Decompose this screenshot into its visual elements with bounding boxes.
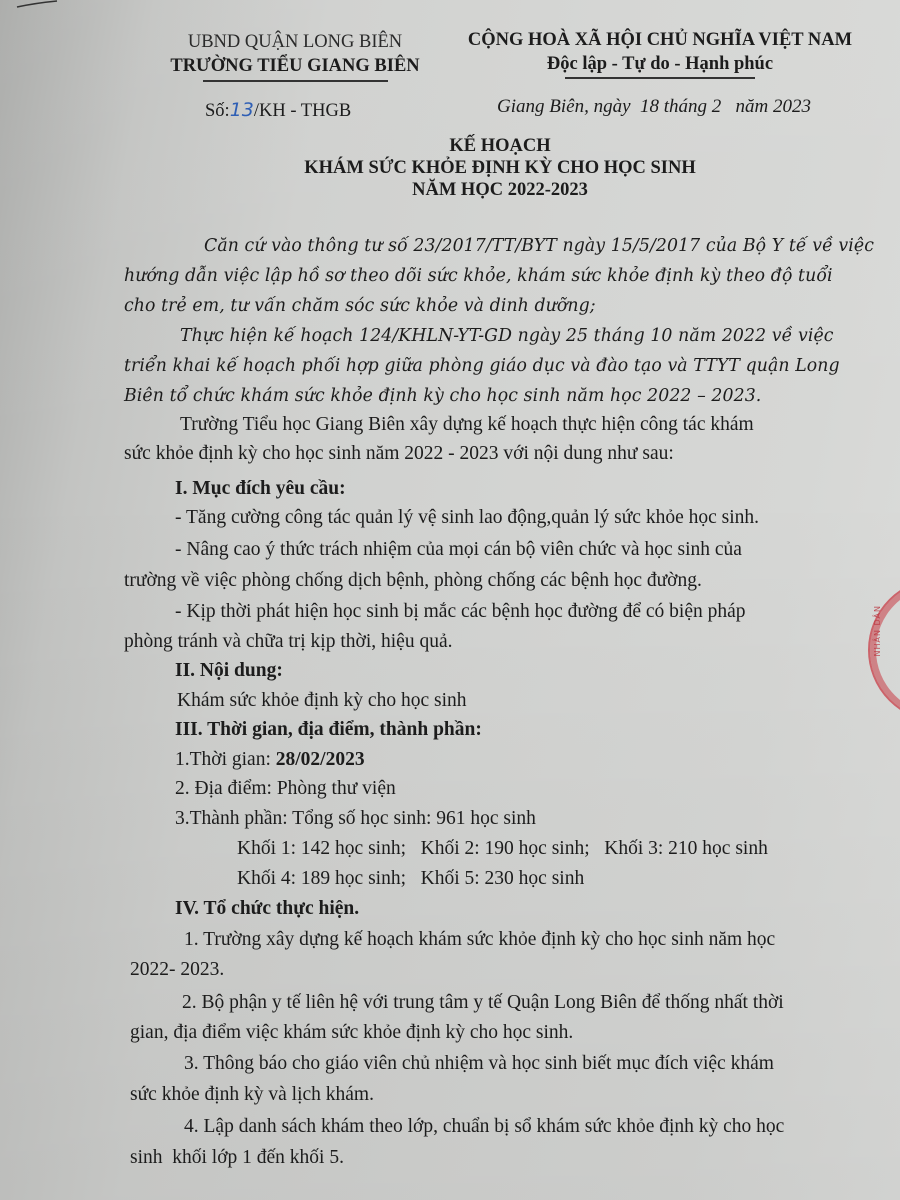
exam-time: 1.Thời gian: 28/02/2023	[175, 749, 365, 771]
organization-name: UBND QUẬN LONG BIÊN	[150, 30, 440, 54]
header-left-underline	[203, 80, 388, 82]
intro-line: sức khỏe định kỳ cho học sinh năm 2022 -…	[124, 443, 674, 465]
section-1-line: phòng tránh và chữa trị kịp thời, hiệu q…	[124, 631, 452, 653]
preamble-line: Căn cứ vào thông tư số 23/2017/TT/BYT ng…	[204, 236, 874, 256]
preamble-line: cho trẻ em, tư vấn chăm sóc sức khỏe và …	[124, 296, 596, 316]
section-4-line: gian, địa điểm việc khám sức khỏe định k…	[130, 1022, 573, 1044]
handwritten-number: 13	[230, 99, 254, 121]
reference-prefix: Số:	[205, 101, 230, 121]
document-reference-number: Số:13/KH - THGB	[205, 99, 351, 122]
grade-counts-row: Khối 1: 142 học sinh; Khối 2: 190 học si…	[237, 838, 768, 860]
section-1-heading: I. Mục đích yêu cầu:	[175, 478, 346, 500]
stamp-text: NHÂN DÂN	[873, 605, 882, 656]
preamble-line: hướng dẫn việc lập hồ sơ theo dõi sức kh…	[124, 266, 833, 286]
national-motto: Độc lập - Tự do - Hạnh phúc	[465, 52, 855, 76]
section-4-line: 2. Bộ phận y tế liên hệ với trung tâm y …	[182, 992, 784, 1014]
section-3-heading: III. Thời gian, địa điểm, thành phần:	[175, 719, 482, 741]
school-name: TRƯỜNG TIỂU GIANG BIÊN	[150, 54, 440, 78]
title-line-1: KẾ HOẠCH	[150, 135, 850, 157]
header-right-underline	[565, 77, 755, 79]
exam-place: 2. Địa điểm: Phòng thư viện	[175, 778, 396, 800]
intro-line: Trường Tiểu học Giang Biên xây dựng kế h…	[180, 414, 754, 436]
exam-participants: 3.Thành phần: Tổng số học sinh: 961 học …	[175, 808, 536, 830]
nation-name: CỘNG HOÀ XÃ HỘI CHỦ NGHĨA VIỆT NAM	[465, 28, 855, 52]
section-1-line: - Kịp thời phát hiện học sinh bị mắc các…	[175, 601, 746, 623]
grade-counts-row: Khối 4: 189 học sinh; Khối 5: 230 học si…	[237, 868, 584, 890]
national-header: CỘNG HOÀ XÃ HỘI CHỦ NGHĨA VIỆT NAM Độc l…	[465, 28, 855, 79]
section-2-content: Khám sức khỏe định kỳ cho học sinh	[177, 690, 466, 712]
section-1-line: - Nâng cao ý thức trách nhiệm của mọi cá…	[175, 539, 742, 561]
section-4-line: 2022- 2023.	[130, 959, 224, 981]
section-4-line: sinh khối lớp 1 đến khối 5.	[130, 1147, 344, 1169]
title-line-2: KHÁM SỨC KHỎE ĐỊNH KỲ CHO HỌC SINH	[150, 157, 850, 179]
title-line-3: NĂM HỌC 2022-2023	[150, 179, 850, 201]
section-4-heading: IV. Tổ chức thực hiện.	[175, 898, 359, 920]
preamble-line: Biên tổ chức khám sức khỏe định kỳ cho h…	[124, 386, 761, 406]
section-4-line: 3. Thông báo cho giáo viên chủ nhiệm và …	[184, 1053, 774, 1075]
pen-mark	[16, 0, 58, 8]
exam-time-label: 1.Thời gian:	[175, 749, 276, 770]
section-1-line: - Tăng cường công tác quản lý vệ sinh la…	[175, 507, 759, 529]
section-2-heading: II. Nội dung:	[175, 660, 283, 682]
issuing-authority: UBND QUẬN LONG BIÊN TRƯỜNG TIỂU GIANG BI…	[150, 30, 440, 82]
section-4-line: 1. Trường xây dựng kế hoạch khám sức khỏ…	[184, 929, 775, 951]
preamble-line: Thực hiện kế hoạch 124/KHLN-YT-GD ngày 2…	[180, 326, 834, 346]
reference-suffix: /KH - THGB	[254, 101, 351, 121]
section-4-line: 4. Lập danh sách khám theo lớp, chuẩn bị…	[184, 1116, 784, 1138]
place-and-date: Giang Biên, ngày 18 tháng 2 năm 2023	[497, 96, 811, 118]
section-1-line: trường về việc phòng chống dịch bệnh, ph…	[124, 570, 702, 592]
preamble-line: triển khai kế hoạch phối hợp giữa phòng …	[124, 356, 840, 376]
document-title: KẾ HOẠCH KHÁM SỨC KHỎE ĐỊNH KỲ CHO HỌC S…	[150, 135, 850, 201]
exam-time-value: 28/02/2023	[276, 749, 365, 770]
section-4-line: sức khỏe định kỳ và lịch khám.	[130, 1084, 374, 1106]
